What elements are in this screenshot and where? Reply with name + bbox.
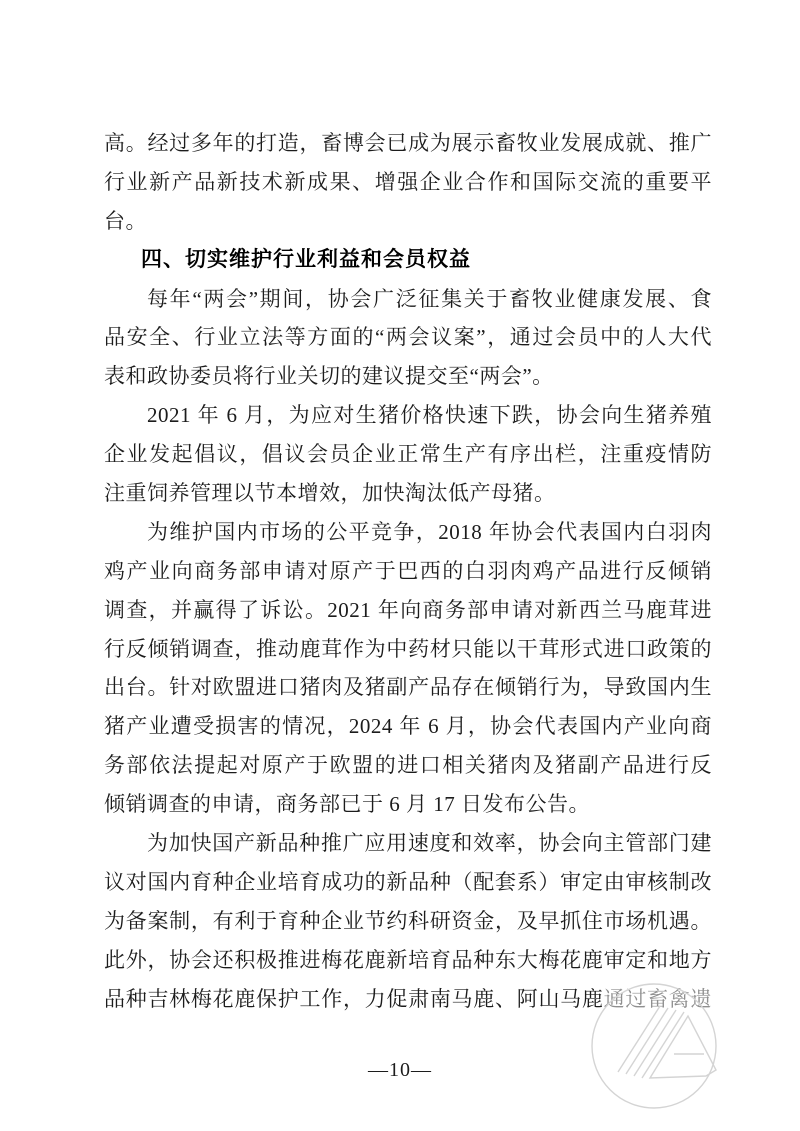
text-line: 出台。针对欧盟进口猪肉及猪副产品存在倾销行为，导致国内生 [104,668,712,707]
text-line: 注重饲养管理以节本增效，加快淘汰低产母猪。 [104,474,712,513]
text-line: 为维护国内市场的公平竞争，2018 年协会代表国内白羽肉 [104,513,712,552]
text-line: 议对国内育种企业培育成功的新品种（配套系）审定由审核制改 [104,863,712,902]
text-line: 猪产业遭受损害的情况，2024 年 6 月，协会代表国内产业向商 [104,707,712,746]
text-line: 鸡产业向商务部申请对原产于巴西的白羽肉鸡产品进行反倾销 [104,552,712,591]
section-heading: 四、切实维护行业利益和会员权益 [104,241,712,280]
text-line: 品安全、行业立法等方面的“两会议案”，通过会员中的人大代 [104,318,712,357]
text-line: 台。 [104,202,712,241]
text-line: 务部依法提起对原产于欧盟的进口相关猪肉及猪副产品进行反 [104,746,712,785]
text-line: 为加快国产新品种推广应用速度和效率，协会向主管部门建 [104,824,712,863]
text-line: 此外，协会还积极推进梅花鹿新培育品种东大梅花鹿审定和地方 [104,941,712,980]
faded-text: 通过畜禽遗 [604,987,712,1011]
text-line: 为备案制，有利于育种企业节约科研资金，及早抓住市场机遇。 [104,902,712,941]
text-line: 调查，并赢得了诉讼。2021 年向商务部申请对新西兰马鹿茸进 [104,591,712,630]
text-line: 2021 年 6 月，为应对生猪价格快速下跌，协会向生猪养殖 [104,396,712,435]
text-line: 行业新产品新技术新成果、增强企业合作和国际交流的重要平 [104,163,712,202]
text-line: 品种吉林梅花鹿保护工作，力促肃南马鹿、阿山马鹿通过畜禽遗 [104,980,712,1019]
text-line: 倾销调查的申请，商务部已于 6 月 17 日发布公告。 [104,785,712,824]
page-number: —10— [0,1057,800,1083]
text-line: 每年“两会”期间，协会广泛征集关于畜牧业健康发展、食 [104,280,712,319]
document-page: 高。经过多年的打造，畜博会已成为展示畜牧业发展成就、推广行业新产品新技术新成果、… [0,0,800,1131]
text-line: 企业发起倡议，倡议会员企业正常生产有序出栏，注重疫情防控， [104,435,712,474]
document-body: 高。经过多年的打造，畜博会已成为展示畜牧业发展成就、推广行业新产品新技术新成果、… [104,124,712,1018]
text-line: 表和政协委员将行业关切的建议提交至“两会”。 [104,357,712,396]
text-line: 高。经过多年的打造，畜博会已成为展示畜牧业发展成就、推广 [104,124,712,163]
text-line: 行反倾销调查，推动鹿茸作为中药材只能以干茸形式进口政策的 [104,630,712,669]
